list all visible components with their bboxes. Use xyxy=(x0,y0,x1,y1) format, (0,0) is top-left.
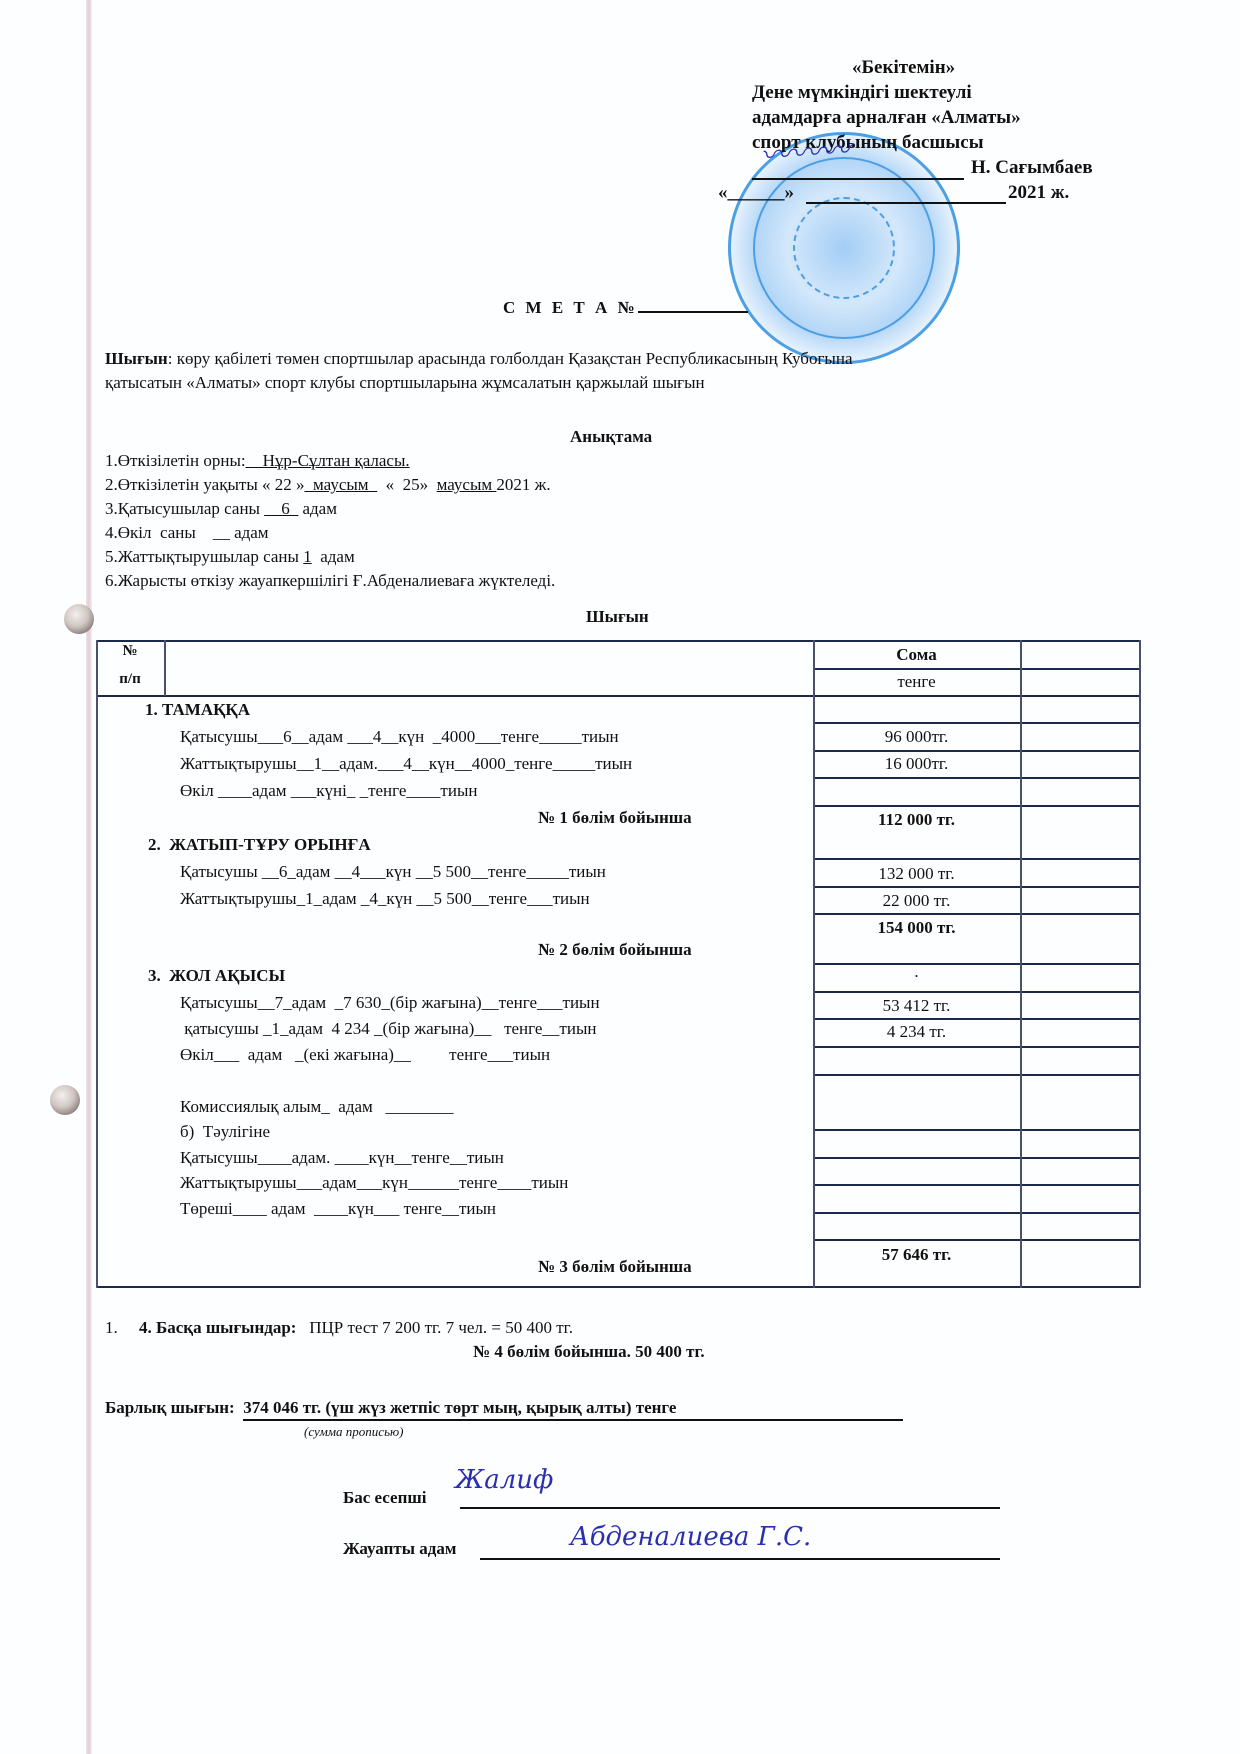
row-line xyxy=(813,1184,1140,1186)
expense-line: Комиссиялық алым_ адам ________ xyxy=(180,1097,454,1117)
col-header-currency: тенге xyxy=(813,672,1020,692)
info-item: 6.Жарысты өткізу жауапкершілігі Ғ.Абдена… xyxy=(105,570,555,592)
number-blank xyxy=(638,311,748,313)
info-heading: Анықтама xyxy=(570,426,652,448)
expense-line: қатысушы _1_адам 4 234 _(бір жағына)__ т… xyxy=(180,1019,596,1039)
expense-line: Қатысушы___6__адам ___4__күн _4000___тен… xyxy=(180,727,619,747)
info-text: адам xyxy=(312,547,355,566)
info-value: маусым xyxy=(437,475,497,494)
row-line xyxy=(813,777,1140,779)
row-line xyxy=(813,805,1140,807)
info-label: 5.Жаттықтырушылар саны xyxy=(105,547,303,566)
purpose-label: Шығын xyxy=(105,349,168,368)
row-line xyxy=(813,1046,1140,1048)
amount-cell: 4 234 тг. xyxy=(813,1022,1020,1042)
row-line xyxy=(813,722,1140,724)
section-subtotal-label: № 2 бөлім бойынша xyxy=(538,940,692,960)
info-value: _маусым_ xyxy=(305,475,378,494)
other-label: 4. Басқа шығындар: xyxy=(139,1318,296,1337)
subtotal-cell: 112 000 тг. xyxy=(813,810,1020,830)
amount-cell: 16 000тг. xyxy=(813,754,1020,774)
expense-line: Өкіл ____адам ___күні_ _тенге____тиын xyxy=(180,781,477,801)
expense-line: Жаттықтырушы___адам___күн______тенге____… xyxy=(180,1173,568,1193)
total-line: Барлық шығын: 374 046 тг. (үш жүз жетпіс… xyxy=(105,1397,903,1421)
expense-line: Төреші____ адам ____күн___ тенге__тиын xyxy=(180,1199,496,1219)
info-label: 1.Өткізілетін орны: xyxy=(105,451,246,470)
section-title: 3. ЖОЛ АҚЫСЫ xyxy=(148,966,285,986)
list-number: 1. xyxy=(105,1317,139,1339)
info-value: __ xyxy=(213,523,230,542)
row-line xyxy=(813,1018,1140,1020)
amount-cell: 132 000 тг. xyxy=(813,864,1020,884)
section-title: 1. ТАМАҚҚА xyxy=(145,700,250,720)
col-line xyxy=(164,640,166,696)
info-item: 2.Өткізілетін уақыты « 22 »_маусым_ « 25… xyxy=(105,474,551,496)
title-text: С М Е Т А № xyxy=(503,298,638,317)
dot-mark: . xyxy=(813,962,1020,982)
other-text: ПЦР тест 7 200 тг. 7 чел. = 50 400 тг. xyxy=(309,1318,573,1337)
expense-line: Қатысушы__7_адам _7 630_(бір жағына)__те… xyxy=(180,993,600,1013)
section-subtotal-label: № 1 бөлім бойынша xyxy=(538,808,692,828)
row-line xyxy=(813,1212,1140,1214)
table-border xyxy=(96,1286,1140,1288)
expense-line: Жаттықтырушы_1_адам _4_күн __5 500__тенг… xyxy=(180,889,590,909)
expense-line: Жаттықтырушы__1__адам.___4__күн__4000_те… xyxy=(180,754,632,774)
row-line xyxy=(813,668,1140,670)
responsible-label: Жауапты адам xyxy=(343,1538,456,1560)
section-subtotal-label: № 3 бөлім бойынша xyxy=(538,1257,692,1277)
row-line xyxy=(813,1074,1140,1076)
amount-cell: 53 412 тг. xyxy=(813,996,1020,1016)
other-subtotal: № 4 бөлім бойынша. 50 400 тг. xyxy=(473,1341,705,1363)
expense-line: Қатысушы __6_адам __4___күн __5 500__тен… xyxy=(180,862,606,882)
accountant-sign-line xyxy=(460,1507,1000,1509)
approval-line: Дене мүмкіндігі шектеулі xyxy=(752,80,972,105)
amount-cell: 96 000тг. xyxy=(813,727,1020,747)
row-line xyxy=(813,1239,1140,1241)
other-expenses: 1.4. Басқа шығындар: ПЦР тест 7 200 тг. … xyxy=(105,1317,573,1339)
info-text: 2021 ж. xyxy=(496,475,550,494)
info-item: 1.Өткізілетін орны:__Нұр-Сұлтан қаласы. xyxy=(105,450,410,472)
section-title: 2. ЖАТЫП-ТҰРУ ОРЫНҒА xyxy=(148,835,371,855)
info-text: адам xyxy=(298,499,337,518)
total-hint: (сумма прописью) xyxy=(304,1424,403,1440)
subtotal-cell: 154 000 тг. xyxy=(813,918,1020,938)
row-line xyxy=(813,858,1140,860)
table-border xyxy=(96,695,1140,697)
info-item: 3.Қатысушылар саны __6_ адам xyxy=(105,498,337,520)
info-item: 4.Өкіл саны __ адам xyxy=(105,522,269,544)
accountant-label: Бас есепші xyxy=(343,1487,426,1509)
col-header-no-sub: п/п xyxy=(96,671,164,688)
expense-line: б) Тәулігіне xyxy=(180,1122,270,1142)
paper-fold-line xyxy=(86,0,92,1754)
col-line xyxy=(96,640,98,1288)
info-value: 1 xyxy=(303,547,312,566)
info-label: 3.Қатысушылар саны xyxy=(105,499,264,518)
approval-heading: «Бекітемін» xyxy=(852,55,955,80)
col-line xyxy=(1139,640,1141,1288)
total-label: Барлық шығын: xyxy=(105,1398,235,1417)
date-line xyxy=(806,202,1006,204)
approval-signer: Н. Сағымбаев xyxy=(971,155,1093,180)
approval-line: адамдарға арналған «Алматы» xyxy=(752,105,1021,130)
row-line xyxy=(813,1129,1140,1131)
approval-date-year: 2021 ж. xyxy=(1008,180,1069,205)
expenses-heading: Шығын xyxy=(586,606,649,628)
row-line xyxy=(813,886,1140,888)
purpose-line: қатысатын «Алматы» спорт клубы спортшыла… xyxy=(105,372,705,394)
col-header-no: № xyxy=(96,643,164,660)
info-value: __6_ xyxy=(264,499,298,518)
purpose-text: : көру қабілеті төмен спортшылар арасынд… xyxy=(168,349,853,368)
info-text: адам xyxy=(230,523,269,542)
row-line xyxy=(813,991,1140,993)
col-line xyxy=(1020,640,1022,1288)
responsible-sign-line xyxy=(480,1558,1000,1560)
info-label: 2.Өткізілетін уақыты « 22 » xyxy=(105,475,305,494)
info-value: __Нұр-Сұлтан қаласы. xyxy=(246,451,410,470)
responsible-signature: Абденалиева Г.С. xyxy=(570,1522,811,1552)
row-line xyxy=(813,750,1140,752)
info-item: 5.Жаттықтырушылар саны 1 адам xyxy=(105,546,355,568)
binder-pin xyxy=(50,1085,80,1115)
total-value: 374 046 тг. (үш жүз жетпіс төрт мың, қыр… xyxy=(243,1397,903,1421)
director-signature: 〰〰〰 xyxy=(759,125,852,175)
purpose-line: Шығын: көру қабілеті төмен спортшылар ар… xyxy=(105,348,853,370)
binder-pin xyxy=(64,604,94,634)
expense-line: Қатысушы____адам. ____күн__тенге__тиын xyxy=(180,1148,504,1168)
info-label: 4.Өкіл саны xyxy=(105,523,213,542)
page-title: С М Е Т А № xyxy=(503,298,748,318)
col-header-sum: Сома xyxy=(813,645,1020,665)
info-text: « 25» xyxy=(377,475,437,494)
amount-cell: 22 000 тг. xyxy=(813,891,1020,911)
row-line xyxy=(813,1157,1140,1159)
expense-line: Өкіл___ адам _(екі жағына)__ тенге___тиы… xyxy=(180,1045,550,1065)
row-line xyxy=(813,913,1140,915)
accountant-signature: Жалиф xyxy=(455,1465,553,1495)
table-border xyxy=(96,640,1140,642)
approval-date-day: «______» xyxy=(718,180,794,205)
subtotal-cell: 57 646 тг. xyxy=(813,1245,1020,1265)
